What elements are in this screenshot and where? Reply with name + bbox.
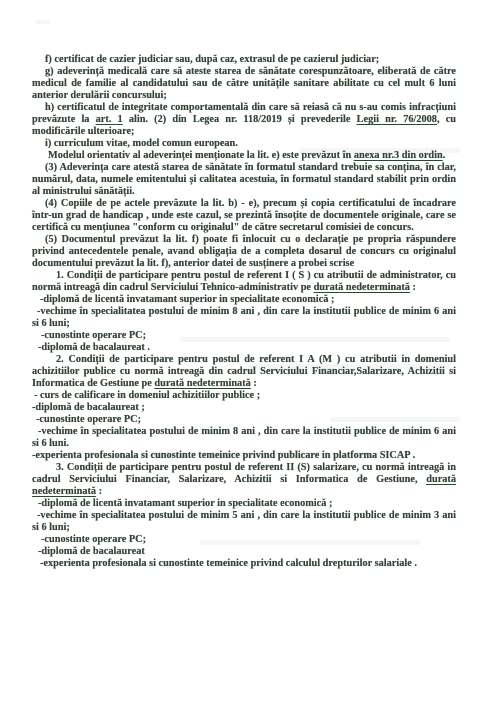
paragraph-item-i: i) curriculum vitae, model comun europea…	[32, 138, 456, 150]
text-segment: g) adeverință medicală care să ateste st…	[32, 66, 456, 101]
paragraph-req-1-pc: -cunostinte operare PC;	[32, 330, 456, 342]
text-segment: -vechime în specialitatea postului de mi…	[32, 426, 456, 449]
text-segment: -diplomă de licentă invatamant superior …	[40, 294, 334, 305]
text-segment: Modelul orientativ al adeverinței mențio…	[48, 150, 354, 161]
paragraph-req-2-pc: -cunostinte operare PC;	[32, 414, 456, 426]
text-segment: alin. (2) din Legea nr. 118/2019 și prev…	[123, 114, 357, 125]
paragraph-req-3-bacalaureat: -diplomă de bacalaureat	[32, 546, 456, 558]
underlined-reference: anexa nr.3 din ordin	[354, 150, 443, 161]
text-segment: f) certificat de cazier judiciar sau, du…	[45, 54, 379, 65]
text-segment: -experienta profesionala si cunostinte t…	[40, 558, 417, 569]
text-segment: -diplomă de bacalaureat ;	[32, 402, 145, 413]
text-segment: (4) Copiile de pe actele prevăzute la li…	[32, 198, 456, 233]
paragraph-req-3-pc: -cunostinte operare PC;	[32, 534, 456, 546]
paragraph-req-1-vechime: -vechime în specialitatea postului de mi…	[32, 306, 456, 330]
paragraph-item-h: h) certificatul de integritate comportam…	[32, 102, 456, 138]
paragraph-req-2-vechime: -vechime în specialitatea postului de mi…	[32, 426, 456, 450]
paragraph-alin-5: (5) Documentul prevăzut la lit. f) poate…	[32, 234, 456, 270]
text-segment: -vechime în specialitatea postului de mi…	[32, 510, 456, 533]
text-segment: :	[96, 486, 102, 497]
paragraph-alin-4: (4) Copiile de pe actele prevăzute la li…	[32, 198, 456, 234]
text-segment: :	[410, 282, 416, 293]
paragraph-model-note: Modelul orientativ al adeverinței mențio…	[32, 150, 456, 162]
paragraph-condition-1: 1. Condiții de participare pentru postul…	[32, 270, 456, 294]
paragraph-req-3-diploma-licenta: -diplomă de licentă invatamant superior …	[32, 498, 456, 510]
text-segment: 3. Condiții de participare pentru postul…	[32, 462, 456, 485]
text-segment: :	[251, 378, 257, 389]
text-segment: -cunostinte operare PC;	[41, 330, 146, 341]
text-segment: -cunostinte operare PC;	[36, 414, 141, 425]
text-segment: -vechime în specialitatea postului de mi…	[32, 306, 456, 329]
text-segment: -cunostinte operare PC;	[41, 534, 146, 545]
underlined-reference: durată nedeterminată	[154, 378, 250, 389]
paragraph-item-f: f) certificat de cazier judiciar sau, du…	[32, 54, 456, 66]
text-segment: -experienta profesionala si cunostinte t…	[32, 450, 415, 461]
underlined-reference: durată nedeterminată	[314, 282, 410, 293]
paragraph-alin-3: (3) Adeverința care atestă starea de săn…	[32, 162, 456, 198]
underlined-reference: Legii nr. 76/2008	[357, 114, 437, 125]
scan-artifact	[36, 20, 50, 24]
text-segment: i) curriculum vitae, model comun europea…	[45, 138, 238, 149]
paragraph-condition-3: 3. Condiții de participare pentru postul…	[32, 462, 456, 498]
paragraph-req-2-bacalaureat: -diplomă de bacalaureat ;	[32, 402, 456, 414]
text-segment: - curs de calificare in domeniul achizit…	[34, 390, 260, 401]
paragraph-req-2-curs: - curs de calificare in domeniul achizit…	[32, 390, 456, 402]
document-page: f) certificat de cazier judiciar sau, du…	[0, 0, 496, 702]
paragraph-req-1-bacalaureat: -diplomă de bacalaureat .	[32, 342, 456, 354]
paragraph-item-g: g) adeverință medicală care să ateste st…	[32, 66, 456, 102]
text-segment: (5) Documentul prevăzut la lit. f) poate…	[32, 234, 456, 269]
paragraph-req-2-experienta: -experienta profesionala si cunostinte t…	[32, 450, 456, 462]
underlined-reference: art. 1	[96, 114, 123, 125]
text-segment: -diplomă de bacalaureat	[38, 546, 145, 557]
paragraph-req-3-vechime: -vechime în specialitatea postului de mi…	[32, 510, 456, 534]
text-segment: .	[443, 150, 446, 161]
text-segment: -diplomă de bacalaureat .	[38, 342, 150, 353]
paragraph-req-3-experienta: -experienta profesionala si cunostinte t…	[32, 558, 456, 570]
document-content: f) certificat de cazier judiciar sau, du…	[32, 54, 456, 570]
paragraph-condition-2: 2. Condiții de participare pentru postul…	[32, 354, 456, 390]
paragraph-req-1-diploma-licenta: -diplomă de licentă invatamant superior …	[32, 294, 456, 306]
text-segment: -diplomă de licentă invatamant superior …	[38, 498, 332, 509]
text-segment: (3) Adeverința care atestă starea de săn…	[32, 162, 456, 197]
